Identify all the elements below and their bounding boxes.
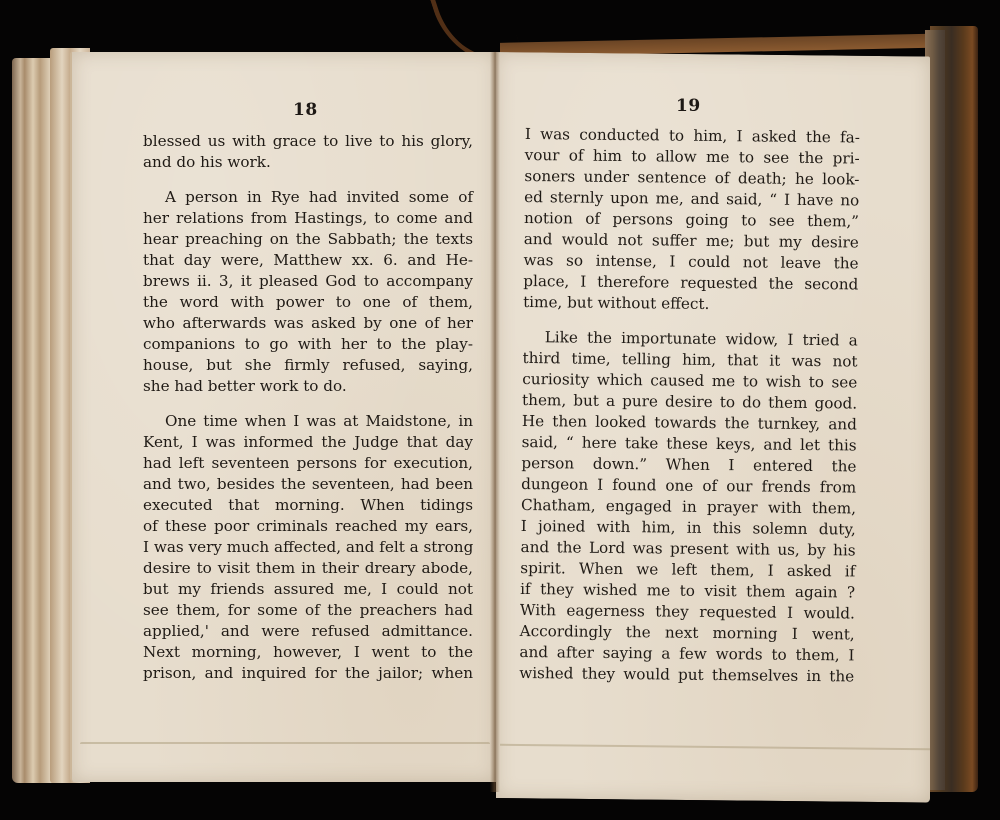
text-line: applied,' and were refused admittance.: [143, 621, 473, 642]
text-line: she had better work to do.: [143, 376, 473, 397]
text-line: but my friends assured me, I could not: [143, 579, 473, 600]
text-line: that day were, Matthew xx. 6. and He-: [143, 250, 473, 271]
text-line: companions to go with her to the play-: [143, 334, 473, 355]
water-stain-left: [80, 742, 490, 748]
text-line: and do his work.: [143, 152, 473, 173]
text-line: executed that morning. When tidings: [143, 495, 473, 516]
text-line: hear preaching on the Sabbath; the texts: [143, 229, 473, 250]
text-line: of these poor criminals reached my ears,: [143, 516, 473, 537]
text-line: see them, for some of the preachers had: [143, 600, 473, 621]
book-gutter: [490, 52, 500, 792]
text-line: A person in Rye had invited some of: [143, 187, 473, 208]
text-line: the word with power to one of them,: [143, 292, 473, 313]
text-line: Kent, I was informed the Judge that day: [143, 432, 473, 453]
text-line: and two, besides the seventeen, had been: [143, 474, 473, 495]
page-number-left: 18: [293, 100, 318, 120]
page-number-right: 19: [676, 96, 701, 116]
text-line: who afterwards was asked by one of her: [143, 313, 473, 334]
text-line: prison, and inquired for the jailor; whe…: [143, 663, 473, 684]
right-page-text: I was conducted to him, I asked the fa- …: [519, 124, 860, 687]
open-book: 18 19 blessed us with grace to live to h…: [0, 0, 1000, 820]
left-page-text: blessed us with grace to live to his glo…: [143, 131, 473, 684]
text-line: had left seventeen persons for execution…: [143, 453, 473, 474]
text-line: house, but she firmly refused, saying,: [143, 355, 473, 376]
text-line: One time when I was at Maidstone, in: [143, 411, 473, 432]
text-line: I was very much affected, and felt a str…: [143, 537, 473, 558]
text-line: Next morning, however, I went to the: [143, 642, 473, 663]
text-line: blessed us with grace to live to his glo…: [143, 131, 473, 152]
text-line: time, but without effect.: [523, 292, 858, 317]
text-line: desire to visit them in their dreary abo…: [143, 558, 473, 579]
text-line: brews ii. 3, it pleased God to accompany: [143, 271, 473, 292]
text-line: wished they would put themselves in the: [519, 663, 854, 688]
text-line: her relations from Hastings, to come and: [143, 208, 473, 229]
